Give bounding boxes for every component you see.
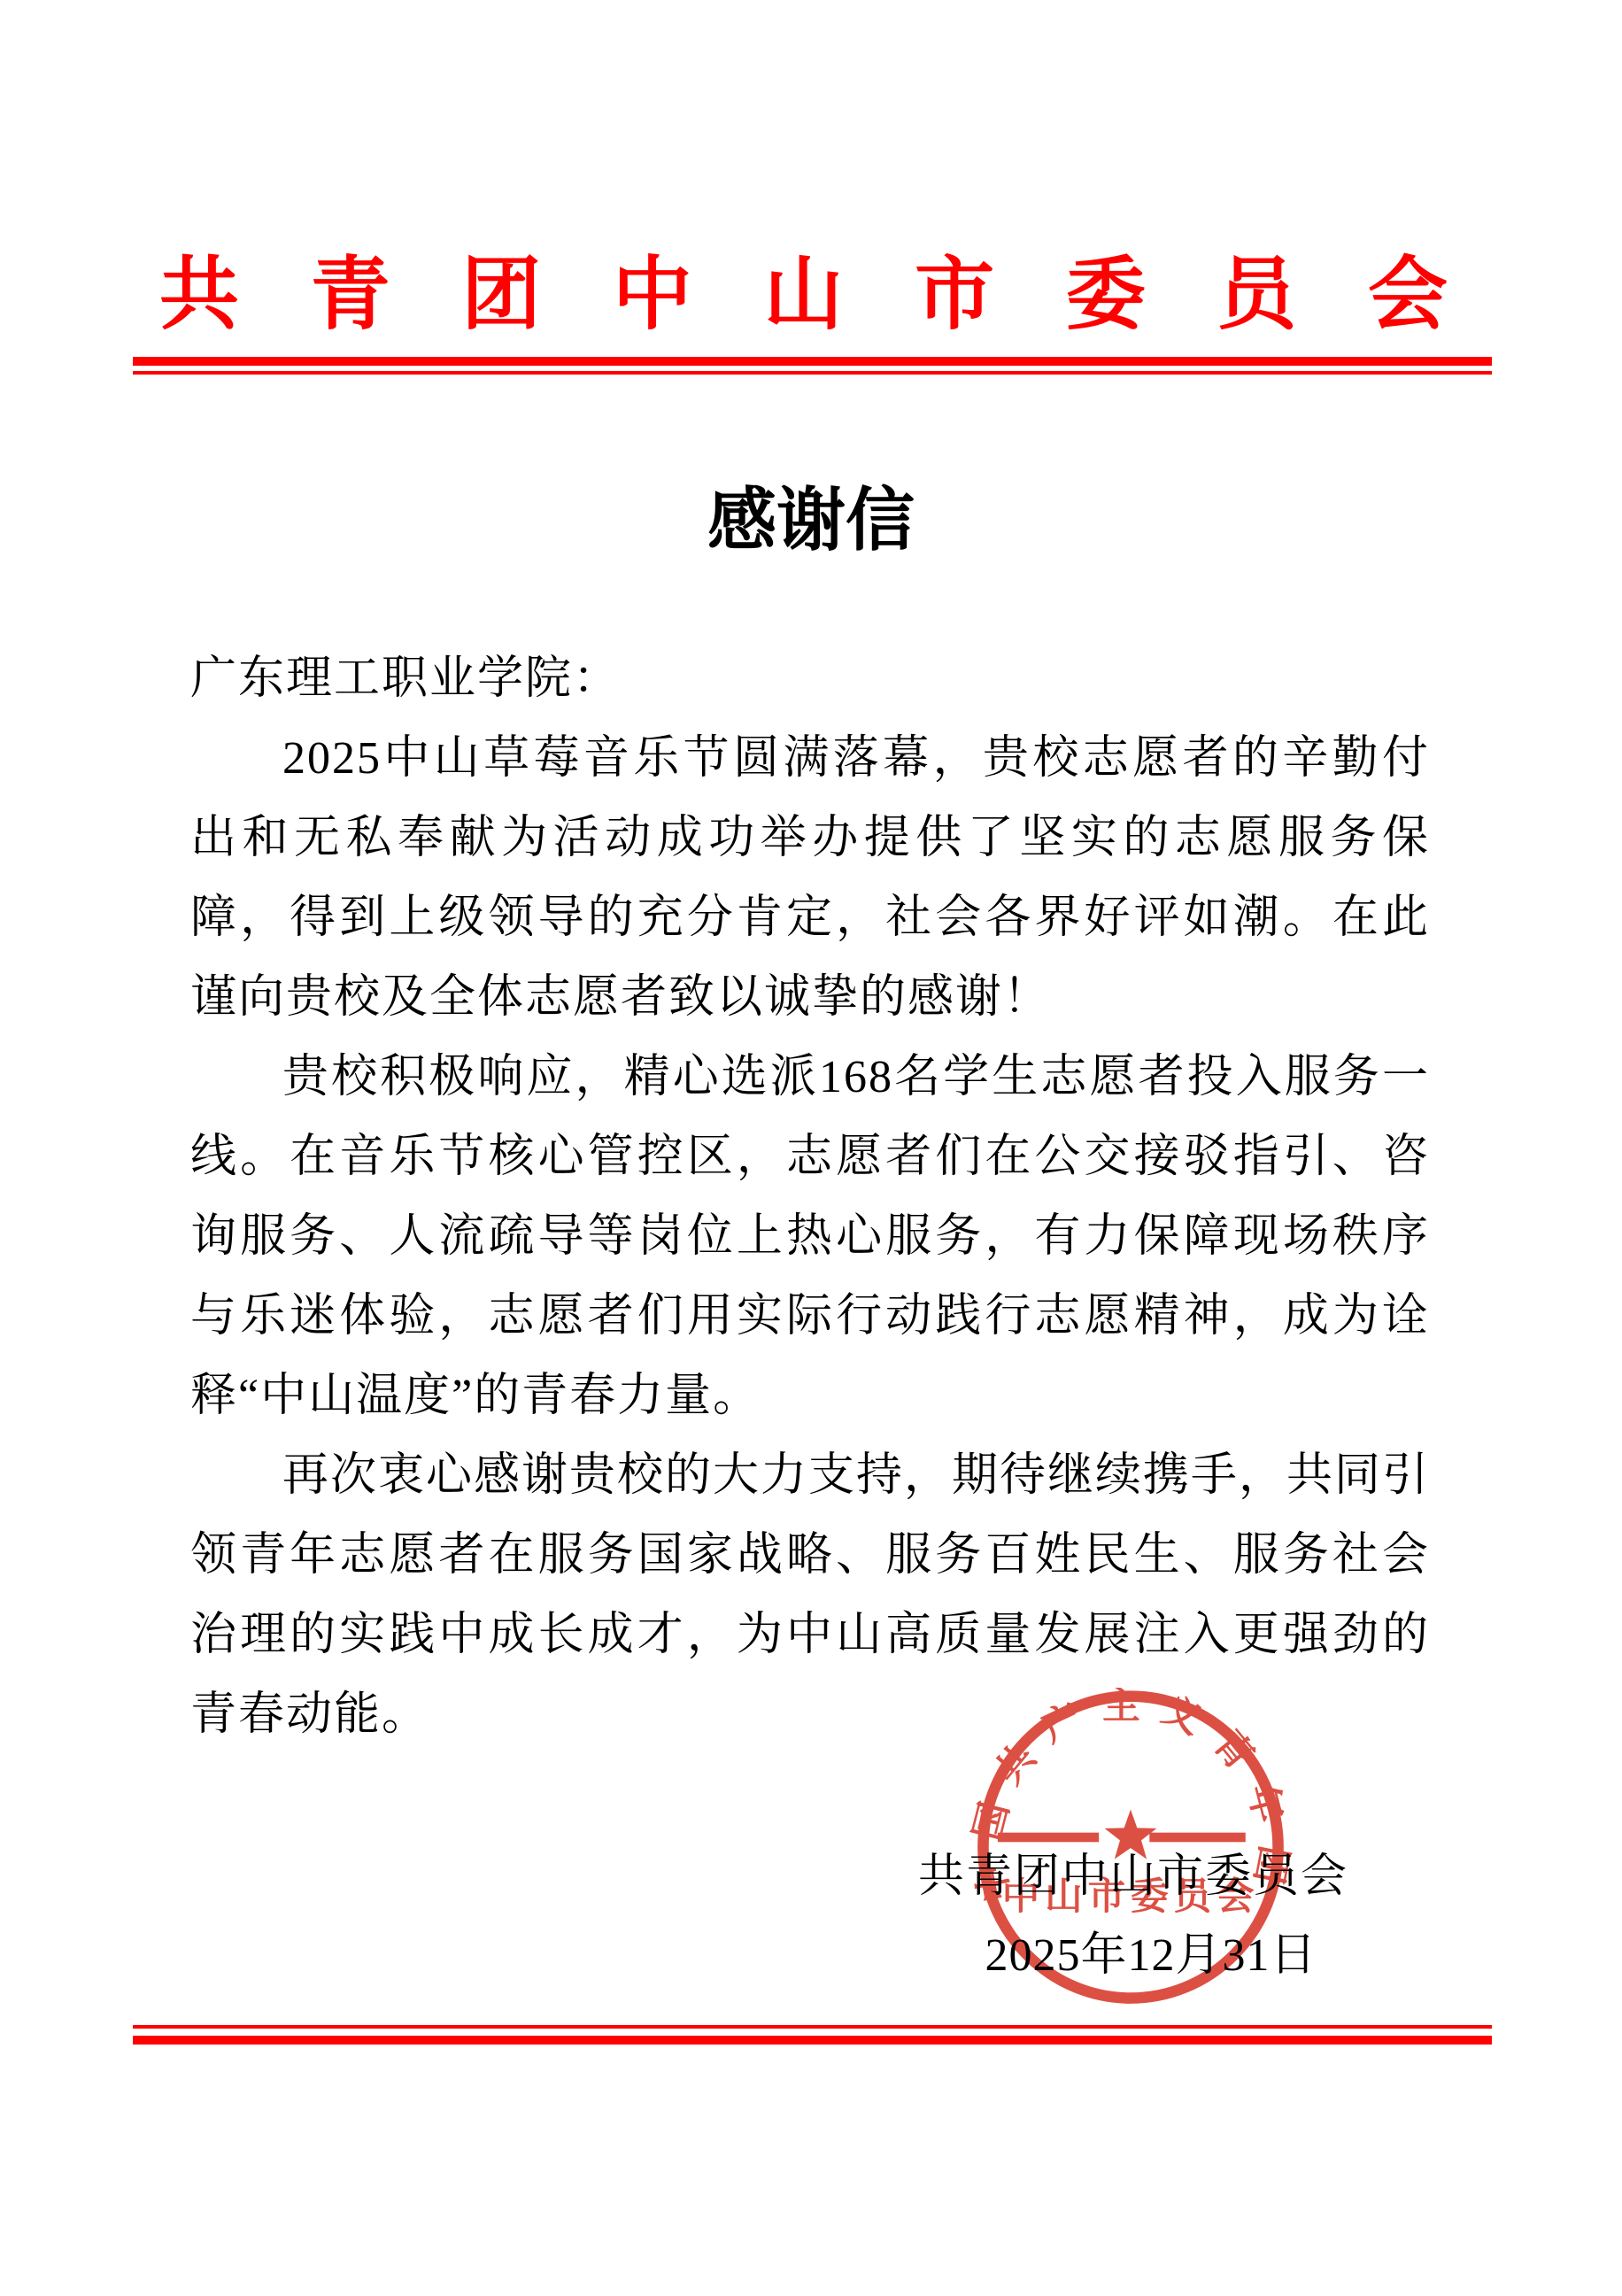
- letter-page: 共 青 团 中 山 市 委 员 会 感谢信 广东理工职业学院： 2025中山草莓…: [0, 0, 1622, 2296]
- stamp-ring-text: 中国共产主义青年团: [968, 1688, 1294, 1906]
- paragraph-2: 贵校积极响应，精心选派168名学生志愿者投入服务一线。在音乐节核心管控区，志愿者…: [190, 1038, 1430, 1436]
- footer-rule-thick: [133, 2036, 1492, 2045]
- letterhead-char: 中: [613, 253, 692, 338]
- paragraph-1: 2025中山草莓音乐节圆满落幕，贵校志愿者的辛勤付出和无私奉献为活动成功举办提供…: [190, 719, 1430, 1038]
- footer-rule-thin: [133, 2025, 1492, 2029]
- stamp-star-icon: [1105, 1810, 1157, 1859]
- letterhead-char: 青: [311, 253, 390, 338]
- stamp-ribbon-right: [1149, 1833, 1245, 1843]
- letterhead-char: 团: [461, 253, 541, 338]
- salutation: 广东理工职业学院：: [190, 639, 1430, 719]
- letterhead: 共 青 团 中 山 市 委 员 会: [159, 253, 1448, 338]
- letterhead-char: 市: [915, 253, 994, 338]
- letterhead-char: 共: [159, 253, 239, 338]
- letter-title: 感谢信: [0, 483, 1622, 559]
- letterhead-char: 委: [1066, 253, 1146, 338]
- stamp-inner-text: 中山市委员会: [1002, 1876, 1260, 1918]
- header-rule-thin: [133, 371, 1492, 375]
- letter-body: 广东理工职业学院： 2025中山草莓音乐节圆满落幕，贵校志愿者的辛勤付出和无私奉…: [190, 639, 1430, 1755]
- header-rule-thick: [133, 357, 1492, 366]
- letterhead-char: 山: [764, 253, 844, 338]
- letterhead-char: 会: [1368, 253, 1448, 338]
- letterhead-char: 员: [1216, 253, 1296, 338]
- stamp-ribbon-left: [998, 1833, 1099, 1843]
- official-seal-stamp: 中国共产主义青年团 中山市委员会: [968, 1688, 1294, 2014]
